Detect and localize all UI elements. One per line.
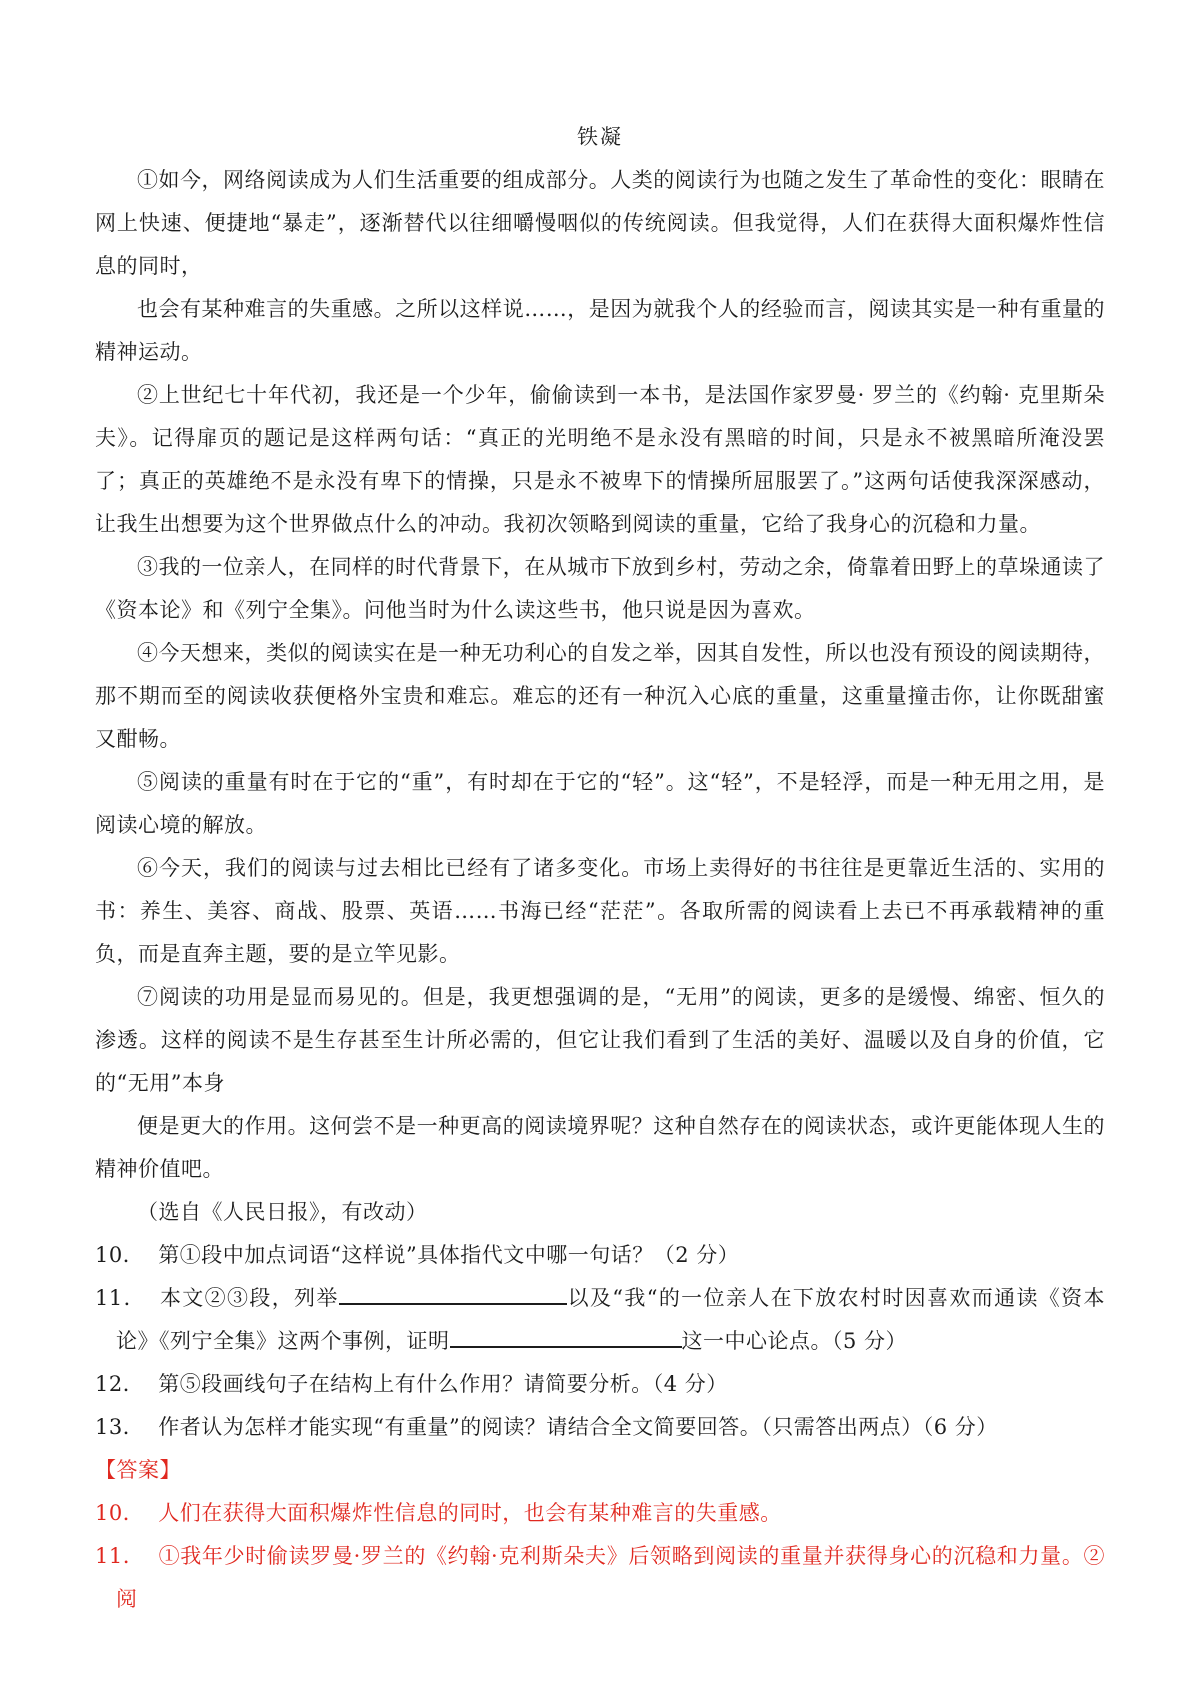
question-text: 第⑤段画线句子在结构上有什么作用？请简要分析。（4 分） — [158, 1372, 728, 1396]
article-source: （选自《人民日报》，有改动） — [95, 1191, 1105, 1234]
body-paragraph: ④今天想来，类似的阅读实在是一种无功利心的自发之举，因其自发性，所以也没有预设的… — [95, 632, 1105, 761]
answer-blank-underline — [450, 1344, 682, 1348]
answer-section: 【答案】 10．人们在获得大面积爆炸性信息的同时，也会有某种难言的失重感。11．… — [95, 1449, 1105, 1621]
question-item: 12．第⑤段画线句子在结构上有什么作用？请简要分析。（4 分） — [95, 1363, 1105, 1406]
question-item: 10．第①段中加点词语“这样说”具体指代文中哪一句话？（2 分） — [95, 1234, 1105, 1277]
answer-section-header: 【答案】 — [95, 1449, 1105, 1492]
answer-item: 10．人们在获得大面积爆炸性信息的同时，也会有某种难言的失重感。 — [95, 1492, 1105, 1535]
document-page: 铁凝 ①如今，网络阅读成为人们生活重要的组成部分。人类的阅读行为也随之发生了革命… — [0, 0, 1200, 1698]
article-author: 铁凝 — [95, 116, 1105, 159]
question-list: 10．第①段中加点词语“这样说”具体指代文中哪一句话？（2 分）11．本文②③段… — [95, 1234, 1105, 1449]
question-item: 11．本文②③段，列举以及“我“的一位亲人在下放农村时因喜欢而通读《资本论》《列… — [95, 1277, 1105, 1363]
body-paragraph: ③我的一位亲人，在同样的时代背景下，在从城市下放到乡村，劳动之余，倚靠着田野上的… — [95, 546, 1105, 632]
body-paragraph: ⑤阅读的重量有时在于它的“重”，有时却在于它的“轻”。这“轻”，不是轻浮，而是一… — [95, 761, 1105, 847]
question-number: 12． — [95, 1372, 144, 1396]
question-number: 10． — [95, 1243, 144, 1267]
body-paragraph: ⑦阅读的功用是显而易见的。但是，我更想强调的是，“无用”的阅读，更多的是缓慢、绵… — [95, 976, 1105, 1105]
body-paragraph: 也会有某种难言的失重感。之所以这样说……，是因为就我个人的经验而言，阅读其实是一… — [95, 288, 1105, 374]
question-text: 作者认为怎样才能实现“有重量”的阅读？请结合全文简要回答。（只需答出两点）（6 … — [158, 1415, 998, 1439]
body-paragraph: ⑥今天，我们的阅读与过去相比已经有了诸多变化。市场上卖得好的书往往是更靠近生活的… — [95, 847, 1105, 976]
question-item: 13．作者认为怎样才能实现“有重量”的阅读？请结合全文简要回答。（只需答出两点）… — [95, 1406, 1105, 1449]
answer-item: 11．①我年少时偷读罗曼·罗兰的《约翰·克利斯朵夫》后领略到阅读的重量并获得身心… — [95, 1535, 1105, 1621]
body-paragraph: ①如今，网络阅读成为人们生活重要的组成部分。人类的阅读行为也随之发生了革命性的变… — [95, 159, 1105, 288]
answer-number: 10． — [95, 1501, 144, 1525]
answer-number: 11． — [95, 1544, 145, 1568]
question-text: 本文②③段，列举 — [160, 1286, 339, 1310]
question-number: 13． — [95, 1415, 144, 1439]
answer-text: ①我年少时偷读罗曼·罗兰的《约翰·克利斯朵夫》后领略到阅读的重量并获得身心的沉稳… — [116, 1544, 1105, 1611]
question-number: 11． — [95, 1286, 146, 1310]
body-paragraph: 便是更大的作用。这何尝不是一种更高的阅读境界呢？这种自然存在的阅读状态，或许更能… — [95, 1105, 1105, 1191]
question-text: 这一中心论点。（5 分） — [682, 1329, 908, 1353]
question-text: 第①段中加点词语“这样说”具体指代文中哪一句话？（2 分） — [158, 1243, 739, 1267]
body-paragraph: ②上世纪七十年代初，我还是一个少年，偷偷读到一本书，是法国作家罗曼· 罗兰的《约… — [95, 374, 1105, 546]
answer-list: 10．人们在获得大面积爆炸性信息的同时，也会有某种难言的失重感。11．①我年少时… — [95, 1492, 1105, 1621]
answer-blank-underline — [339, 1301, 567, 1305]
answer-text: 人们在获得大面积爆炸性信息的同时，也会有某种难言的失重感。 — [158, 1501, 782, 1525]
article-body: ①如今，网络阅读成为人们生活重要的组成部分。人类的阅读行为也随之发生了革命性的变… — [95, 159, 1105, 1191]
